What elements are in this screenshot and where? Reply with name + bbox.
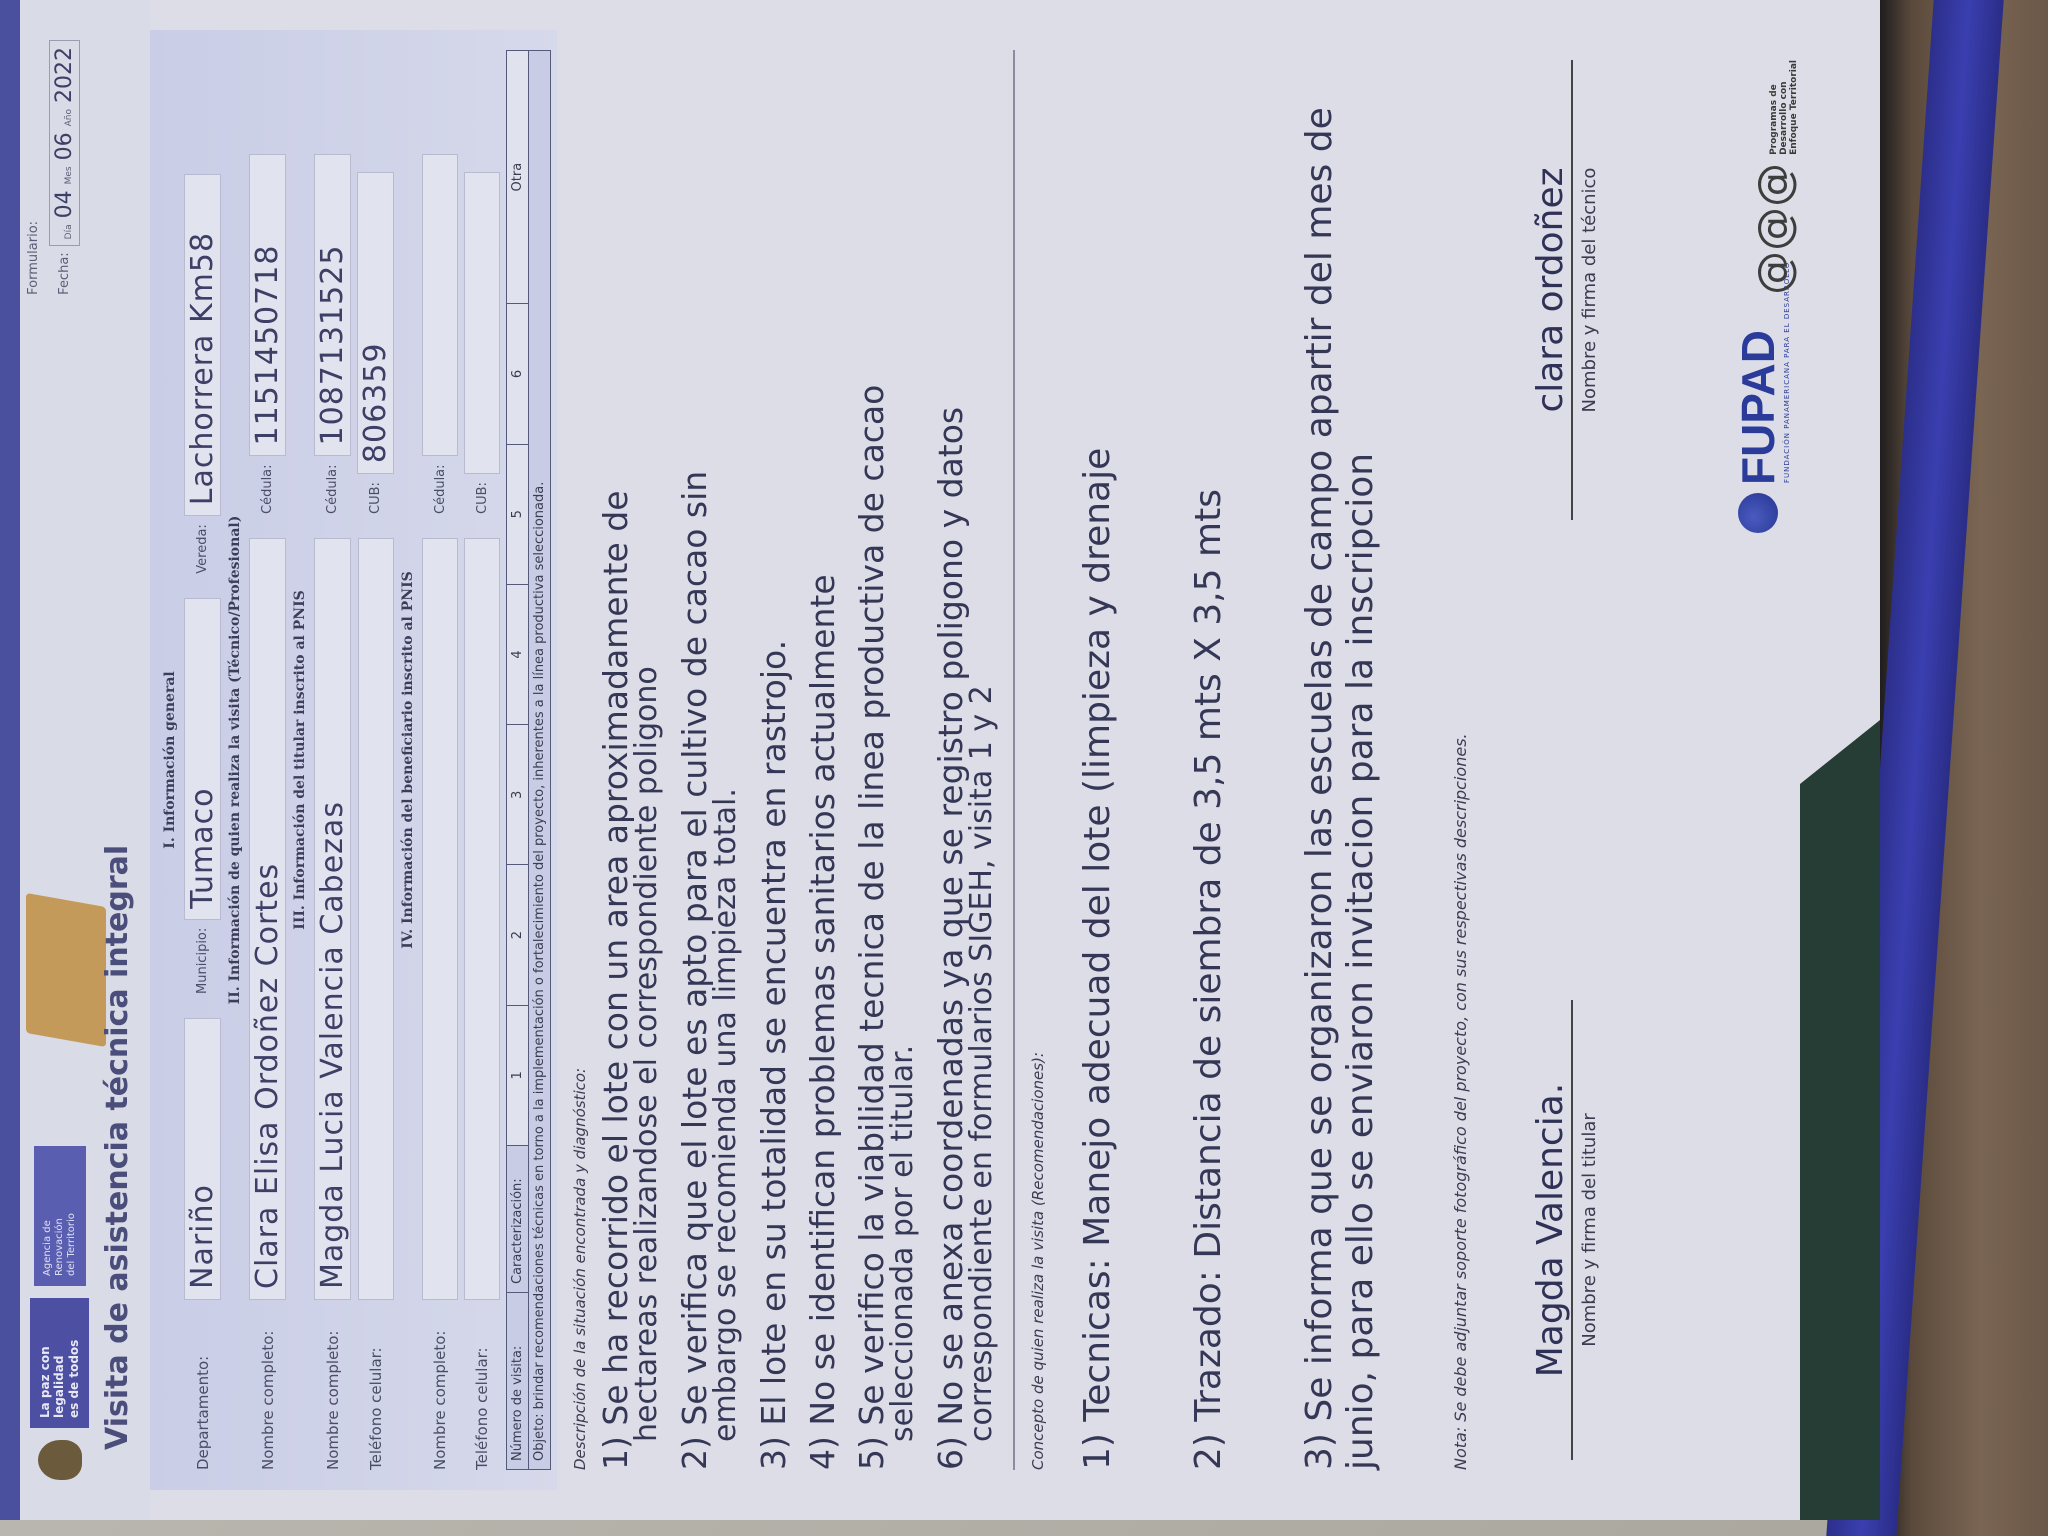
item-line: 3) El lote en su totalidad se encuentra … [754, 640, 793, 1470]
item-line: 3) Se informa que se organizaron las esc… [1299, 416, 1340, 1470]
form-meta: Formulario: Fecha: Día 04 Mes 06 Año 202… [26, 40, 88, 295]
vereda-field[interactable]: Lachorrera Km58 [184, 174, 221, 516]
list-item: 2) Se verifica que el lote es apto para … [678, 50, 741, 1470]
titular-cub-field[interactable]: 806359 [357, 172, 394, 474]
pdet-logo: @@@ Programas de Desarrollo con Enfoque … [1749, 60, 1800, 295]
item-line-continued: seleccionada por el titular. [888, 50, 918, 1442]
vereda-value: Lachorrera Km58 [185, 232, 220, 505]
spiral-icon: @@@ [1749, 163, 1800, 295]
pnis-gold-logo-icon [26, 893, 106, 1047]
beneficiario-cub-field[interactable] [464, 172, 500, 474]
form-label: Formulario: [26, 221, 41, 295]
form-footer: FUPAD FUNDACIÓN PANAMERICANA PARA EL DES… [1650, 0, 1880, 1520]
tecnico-nombre-label: Nombre completo: [259, 1300, 277, 1470]
divider [1013, 50, 1015, 1470]
fupad-name: FUPAD [1731, 330, 1785, 485]
beneficiario-cub-label: CUB: [475, 482, 490, 514]
visit-option[interactable]: 2 [507, 865, 529, 1005]
departamento-value: Nariño [185, 1184, 220, 1289]
form-header: La paz con legalidad es de todos Agencia… [0, 0, 150, 1520]
beneficiario-telefono-field[interactable] [464, 538, 500, 1300]
titular-cedula-field[interactable]: 1087131525 [314, 154, 351, 456]
government-logos: La paz con legalidad es de todos Agencia… [30, 1146, 89, 1480]
item-line: 1) Tecnicas: Manejo adecuad del lote (li… [1077, 448, 1118, 1470]
tecnico-signature[interactable]: clara ordoñez Nombre y firma del técnico [1530, 60, 1600, 520]
titular-nombre-label: Nombre completo: [324, 1300, 342, 1470]
beneficiario-cedula-field[interactable] [422, 154, 458, 456]
caracterizacion-label: Caracterización: [507, 1146, 529, 1293]
visit-option[interactable]: 3 [507, 725, 529, 865]
vereda-label: Vereda: [195, 524, 210, 574]
section-title: I. Información general [162, 50, 178, 1470]
list-item: 2) Trazado: Distancia de siembra de 3,5 … [1188, 50, 1229, 1470]
globe-icon [1738, 493, 1778, 533]
signatures: Magda Valencia. Nombre y firma del titul… [1530, 50, 1600, 1470]
agency-badge: Agencia de Renovación del Territorio [34, 1146, 86, 1286]
visit-option[interactable]: 1 [507, 1005, 529, 1145]
paper-photo: La paz con legalidad es de todos Agencia… [0, 0, 1900, 1536]
item-line: 2) Trazado: Distancia de siembra de 3,5 … [1188, 489, 1229, 1470]
departamento-field[interactable]: Nariño [184, 1018, 221, 1300]
description-list: 1) Se ha recorrido el lote con un area a… [599, 50, 997, 1470]
titular-telefono-field[interactable] [358, 538, 394, 1300]
page-title: Visita de asistencia técnica integral [100, 845, 135, 1450]
month-value: 06 [52, 132, 77, 160]
date-field[interactable]: Día 04 Mes 06 Año 2022 [49, 40, 80, 246]
recommendations-label: Concepto de quien realiza la visita (Rec… [1029, 50, 1047, 1470]
municipio-value: Tumaco [185, 787, 220, 908]
section-title: IV. Información del beneficiario inscrit… [400, 50, 416, 1470]
recommendations-list: 1) Tecnicas: Manejo adecuad del lote (li… [1077, 50, 1381, 1470]
day-value: 04 [52, 190, 77, 218]
year-label: Año [64, 109, 74, 126]
tecnico-signature-value: clara ordoñez [1530, 60, 1573, 520]
day-label: Día [64, 224, 74, 239]
tecnico-cedula-value: 1151450718 [250, 245, 285, 446]
titular-signature-value: Magda Valencia. [1530, 1000, 1573, 1460]
titular-cub-value: 806359 [358, 343, 393, 464]
tecnico-cedula-label: Cédula: [260, 464, 275, 514]
beneficiario-nombre-field[interactable] [422, 538, 458, 1300]
list-item: 3) Se informa que se organizaron las esc… [1299, 50, 1381, 1470]
departamento-label: Departamento: [194, 1300, 212, 1470]
description-label: Descripción de la situación encontrada y… [571, 50, 589, 1470]
date-label: Fecha: [57, 252, 72, 295]
nota-text: Nota: Se debe adjuntar soporte fotográfi… [1451, 50, 1470, 1470]
titular-signature[interactable]: Magda Valencia. Nombre y firma del titul… [1530, 1000, 1600, 1460]
section-general: I. Información general Departamento: Nar… [150, 30, 557, 1490]
titular-cedula-value: 1087131525 [315, 245, 350, 446]
visit-option[interactable]: 4 [507, 584, 529, 724]
list-item: 1) Se ha recorrido el lote con un area a… [599, 50, 662, 1470]
form-sheet: La paz con legalidad es de todos Agencia… [0, 0, 1880, 1520]
section-title: II. Información de quien realiza la visi… [227, 50, 243, 1470]
item-line-continued: embargo se recomienda una limpieza total… [711, 50, 741, 1442]
list-item: 4) No se identifican problemas sanitario… [806, 50, 839, 1470]
visit-option[interactable]: Otra [507, 51, 529, 304]
list-item: 1) Tecnicas: Manejo adecuad del lote (li… [1077, 50, 1118, 1470]
tecnico-nombre-value: Clara Elisa Ordoñez Cortes [250, 863, 285, 1289]
year-value: 2022 [52, 47, 77, 103]
description-section: Descripción de la situación encontrada y… [571, 30, 1600, 1490]
item-line-continued: hectareas realizandose el correspondient… [632, 50, 662, 1442]
pdet-subtitle: Programas de Desarrollo con Enfoque Terr… [1770, 60, 1800, 155]
list-item: 6) No se anexa coordenadas ya que se reg… [934, 50, 997, 1470]
fupad-logo: FUPAD FUNDACIÓN PANAMERICANA PARA EL DES… [1731, 330, 1785, 533]
month-label: Mes [64, 166, 74, 184]
list-item: 3) El lote en su totalidad se encuentra … [757, 50, 790, 1470]
slogan-badge: La paz con legalidad es de todos [30, 1298, 89, 1428]
tecnico-cedula-field[interactable]: 1151450718 [249, 154, 286, 456]
item-line: 4) No se identifican problemas sanitario… [803, 574, 842, 1470]
section-title: III. Información del titular inscrito al… [292, 50, 308, 1470]
item-line-continued: correspondiente en formularios SIGEH, vi… [967, 50, 997, 1442]
municipio-field[interactable]: Tumaco [184, 598, 221, 920]
titular-cub-label: CUB: [368, 482, 383, 514]
titular-nombre-field[interactable]: Magda Lucia Valencia Cabezas [314, 538, 351, 1300]
green-band [1800, 720, 1880, 1520]
objeto-text: Objeto: brindar recomendaciones técnicas… [529, 51, 551, 1470]
municipio-label: Municipio: [195, 928, 210, 994]
titular-signature-label: Nombre y firma del titular [1579, 1000, 1600, 1460]
visit-option[interactable]: 5 [507, 444, 529, 584]
tecnico-nombre-field[interactable]: Clara Elisa Ordoñez Cortes [249, 538, 286, 1300]
form-body: I. Información general Departamento: Nar… [150, 30, 1600, 1490]
titular-telefono-label: Teléfono celular: [367, 1300, 385, 1470]
numero-visita-label: Número de visita: [507, 1293, 529, 1470]
colombia-crest-icon [38, 1440, 82, 1480]
beneficiario-cedula-label: Cédula: [433, 464, 448, 514]
visit-table: Número de visita: Caracterización: 1 2 3… [506, 50, 551, 1470]
beneficiario-telefono-label: Teléfono celular: [473, 1300, 491, 1470]
visit-option[interactable]: 6 [507, 304, 529, 444]
tecnico-signature-label: Nombre y firma del técnico [1579, 60, 1600, 520]
beneficiario-nombre-label: Nombre completo: [431, 1300, 449, 1470]
titular-nombre-value: Magda Lucia Valencia Cabezas [315, 801, 350, 1289]
list-item: 5) Se verifico la viabilidad tecnica de … [855, 50, 918, 1470]
titular-cedula-label: Cédula: [325, 464, 340, 514]
